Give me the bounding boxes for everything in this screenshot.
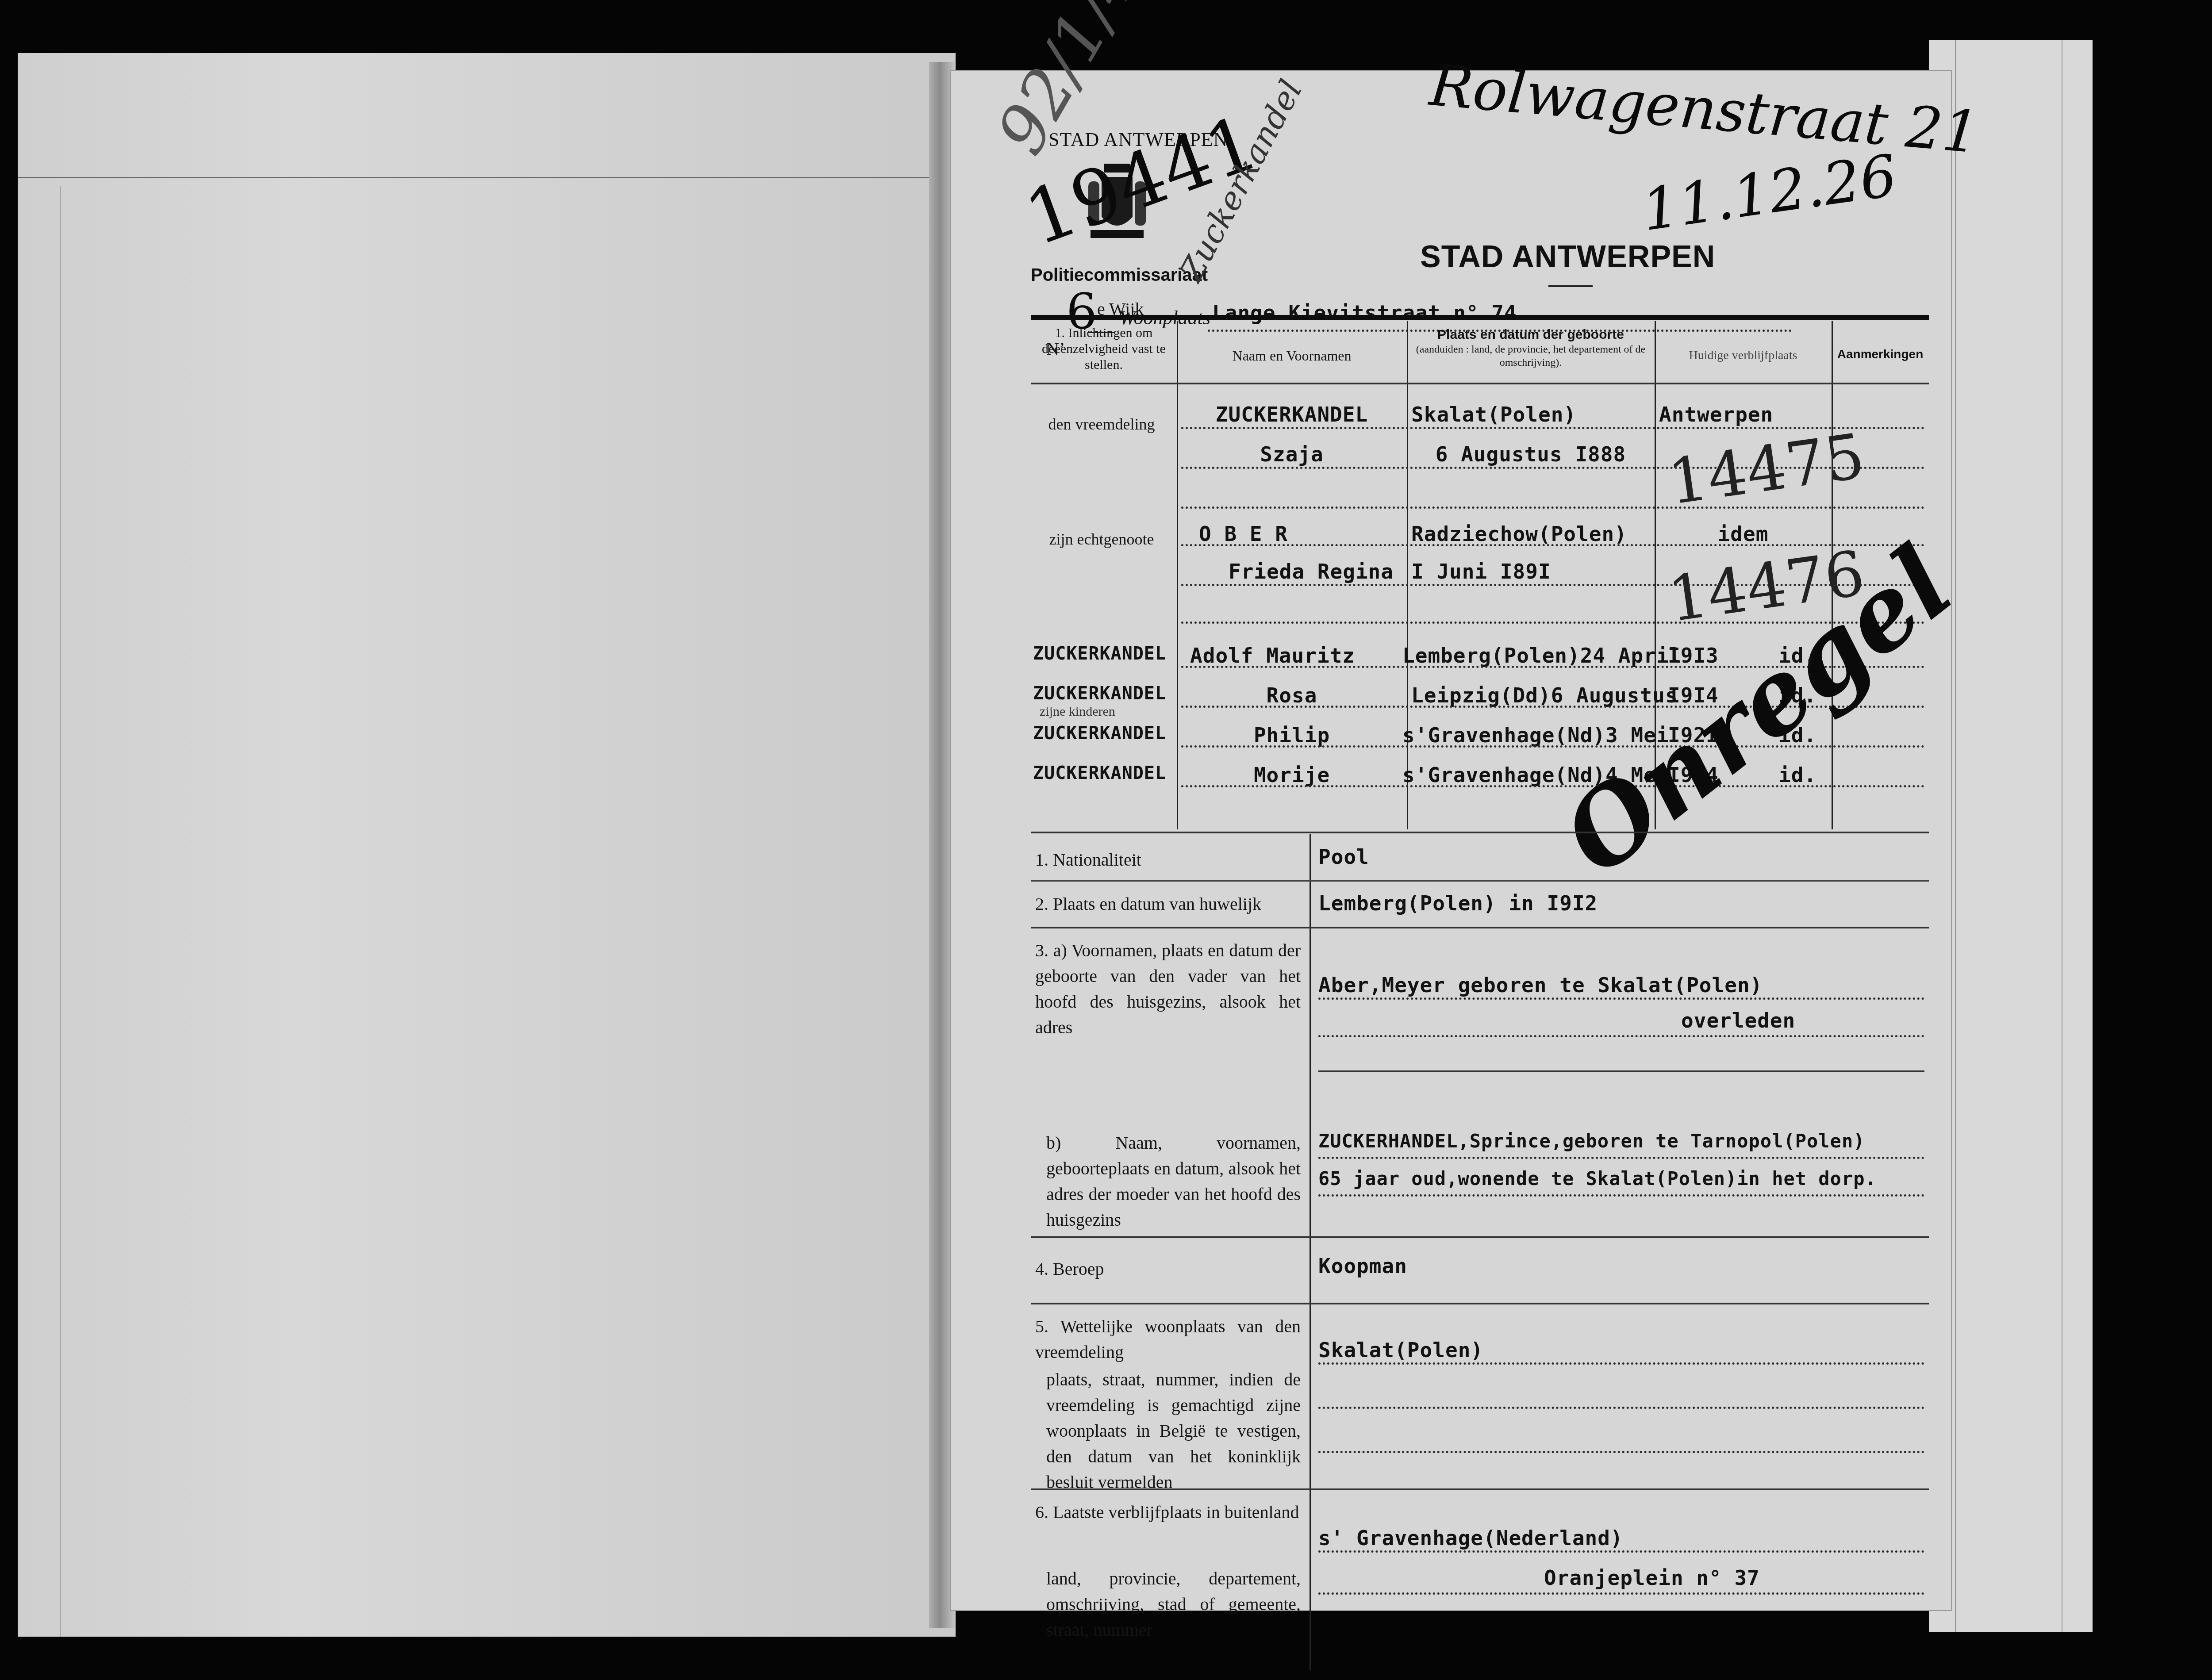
header-identification: 1. Inlichtingen om deeenzelvigheid vast …	[1035, 325, 1172, 373]
row-dotline	[1181, 785, 1924, 787]
section-rule	[1031, 927, 1929, 928]
nationality-label: 1. Nationaliteit	[1035, 847, 1141, 873]
margin-line	[60, 186, 61, 1637]
mother-value: ZUCKERHANDEL,Sprince,geboren te Tarnopol…	[1318, 1130, 1865, 1152]
row-dotline	[1181, 745, 1924, 748]
underlying-page-strip	[1929, 40, 2093, 1632]
child-residence: id.	[1778, 763, 1816, 787]
row-role: den vreemdeling	[1031, 411, 1172, 437]
child-surname: ZUCKERKANDEL	[1033, 763, 1166, 783]
strip-line	[1955, 40, 1956, 1632]
header-residence: Huidige verblijfplaats	[1659, 343, 1827, 368]
header-remarks: Aanmerkingen	[1836, 347, 1924, 361]
address-note: Rolwagenstraat 21	[1427, 51, 1982, 166]
last-abroad-label: 6. Laatste verblijfplaats in buitenland	[1035, 1500, 1301, 1525]
profession-value: Koopman	[1318, 1254, 1407, 1278]
column-divider	[1407, 321, 1408, 829]
marriage-label: 2. Plaats en datum van huwelijk	[1035, 891, 1261, 917]
child-surname: ZUCKERKANDEL	[1033, 644, 1166, 664]
row-dotline	[1181, 506, 1924, 509]
section-rule	[1031, 832, 1929, 833]
field-dotline	[1318, 997, 1924, 1000]
column-divider	[1177, 321, 1178, 829]
blank-left-page	[18, 53, 956, 1637]
field-dotline	[1318, 1157, 1924, 1159]
section-rule	[1031, 1488, 1929, 1490]
field-dotline	[1318, 1451, 1924, 1453]
last-abroad-address: Oranjeplein n° 37	[1544, 1566, 1760, 1590]
child-given: Adolf Mauritz	[1190, 644, 1355, 667]
child-given: Rosa	[1190, 683, 1394, 707]
row-residence: idem	[1659, 522, 1827, 546]
child-surname: ZUCKERKANDEL	[1033, 683, 1166, 704]
section-rule	[1031, 1303, 1929, 1304]
header-bottom-rule	[1031, 383, 1929, 384]
strip-line	[2062, 40, 2062, 1632]
row-birthdate: I Juni I89I	[1411, 560, 1551, 583]
row-role: zijn echtgenoote	[1031, 526, 1172, 552]
child-surname: ZUCKERKANDEL	[1033, 723, 1166, 744]
city-title: STAD ANTWERPEN	[1420, 239, 1715, 274]
row-birthplace: Skalat(Polen)	[1411, 403, 1576, 426]
section-rule	[1031, 880, 1929, 882]
mother-label: b) Naam, voornamen, geboorteplaats en da…	[1046, 1130, 1301, 1233]
child-given: Philip	[1190, 723, 1394, 747]
field-dotline	[1318, 1035, 1924, 1037]
child-birth: Lemberg(Polen)24 April	[1402, 644, 1682, 667]
woonplaats-value: Lange Kievitstraat n° 74	[1212, 301, 1517, 325]
child-year: I9I3	[1668, 644, 1719, 667]
row-dotline	[1181, 427, 1924, 429]
fold-line	[18, 177, 956, 178]
marriage-value: Lemberg(Polen) in I9I2	[1318, 891, 1598, 915]
row-dotline	[1181, 467, 1924, 469]
mother-details: 65 jaar oud,wonende te Skalat(Polen)in h…	[1318, 1168, 1877, 1189]
profession-label: 4. Beroep	[1035, 1256, 1104, 1282]
child-given: Morije	[1190, 763, 1394, 787]
row-given: Frieda Regina	[1190, 560, 1394, 583]
nationality-value: Pool	[1318, 845, 1369, 869]
child-birth: Leipzig(Dd)6 Augustus	[1411, 683, 1678, 707]
legal-residence-value: Skalat(Polen)	[1318, 1338, 1483, 1362]
field-dotline	[1318, 1550, 1924, 1553]
table-top-rule	[1031, 315, 1929, 320]
field-dotline	[1318, 1592, 1924, 1595]
register-number: 14475	[1664, 420, 1869, 519]
row-residence: Antwerpen	[1659, 403, 1773, 426]
section-rule	[1031, 1236, 1929, 1238]
field-dotline	[1318, 1407, 1924, 1409]
row-dotline	[1181, 584, 1924, 586]
row-given: Szaja	[1190, 442, 1394, 466]
header-birth-note: (aanduiden : land, de provincie, het dep…	[1413, 343, 1648, 369]
section-divider	[1310, 834, 1311, 1670]
field-dotline	[1318, 1194, 1924, 1197]
header-birth: Plaats en datum der geboorte	[1411, 327, 1650, 342]
legal-residence-sublabel: plaats, straat, nummer, indien de vreemd…	[1046, 1367, 1301, 1495]
field-dotline	[1318, 1362, 1924, 1365]
header-name: Naam en Voornamen	[1181, 343, 1402, 368]
field-rule	[1318, 1070, 1924, 1072]
father-value: Aber,Meyer geboren te Skalat(Polen)	[1318, 973, 1763, 997]
legal-residence-label: 5. Wettelijke woonplaats van den vreemde…	[1035, 1314, 1301, 1365]
row-surname: ZUCKERKANDEL	[1190, 403, 1394, 426]
row-birthplace: Radziechow(Polen)	[1411, 522, 1627, 546]
last-abroad-city: s' Gravenhage(Nederland)	[1318, 1526, 1623, 1550]
father-status: overleden	[1681, 1009, 1795, 1032]
row-dotline	[1181, 544, 1924, 546]
row-birthdate: 6 Augustus I888	[1411, 442, 1650, 466]
title-rule	[1548, 285, 1593, 287]
father-label: 3. a) Voornamen, plaats en datum der geb…	[1035, 938, 1301, 1040]
date-note: 11.12.26	[1638, 142, 1901, 244]
registration-form: STAD ANTWERPEN Politiecommissariaat 6 e …	[951, 71, 1951, 1610]
row-surname: O B E R	[1199, 522, 1288, 546]
last-abroad-sublabel: land, provincie, departement, omschrijvi…	[1046, 1566, 1301, 1643]
